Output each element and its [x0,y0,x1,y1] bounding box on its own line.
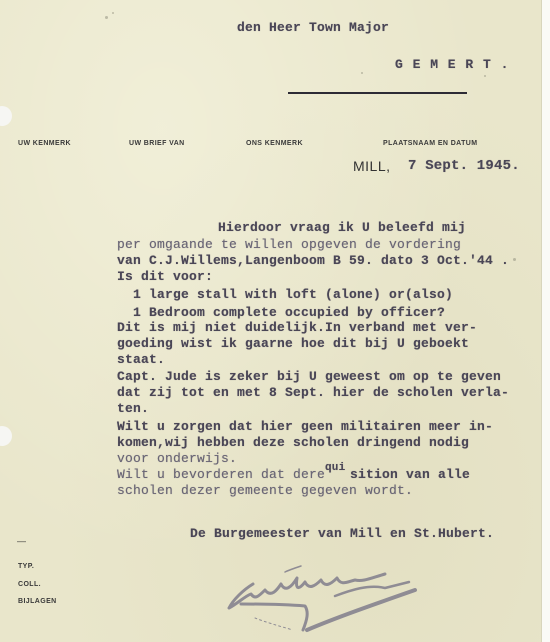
letter-page: den Heer Town Major G E M E R T . UW KEN… [0,0,542,642]
label-ons-kenmerk: ONS KENMERK [246,140,303,147]
body-line: Dit is mij niet duidelijk.In verband met… [117,320,477,335]
body-line: Wilt u bevorderen dat dere [117,467,325,482]
addressee-city: G E M E R T . [395,57,509,72]
body-line: scholen dezer gemeente gegeven wordt. [117,483,413,498]
paper-speck [361,72,363,74]
body-line: 1 Bedroom complete occupied by officer? [117,305,445,320]
signature-icon [225,560,435,635]
body-line: komen,wij hebben deze scholen dringend n… [117,435,469,450]
body-line: Hierdoor vraag ik U beleefd mij [218,220,466,235]
label-uw-brief-van: UW BRIEF VAN [129,140,185,147]
body-line: van C.J.Willems,Langenboom B 59. dato 3 … [117,253,509,268]
body-line: goeding wist ik gaarne hoe dit bij U geb… [117,336,469,351]
body-line: Is dit voor: [117,269,213,284]
paper-speck [513,258,516,261]
requisition-rest: sition van alle [350,467,470,482]
place-name: MILL, [353,158,391,174]
footer-dash: — [17,536,26,546]
label-bijlagen: BIJLAGEN [18,598,57,605]
punch-hole [0,426,12,446]
body-line: Wilt u zorgen dat hier geen militairen m… [117,419,493,434]
body-line: Capt. Jude is zeker bij U geweest om op … [117,369,501,384]
body-line: per omgaande te willen opgeven de vorder… [117,237,461,252]
label-plaatsnaam-datum: PLAATSNAAM EN DATUM [383,140,477,147]
punch-hole [0,106,12,126]
label-coll: COLL. [18,581,41,588]
paper-speck [484,75,486,77]
letter-date: 7 Sept. 1945. [408,158,520,174]
body-line: voor onderwijs. [117,451,237,466]
closing-signatory: De Burgemeester van Mill en St.Hubert. [190,526,494,541]
label-uw-kenmerk: UW KENMERK [18,140,71,147]
requisition-superscript: qui [325,462,345,474]
label-typ: TYP. [18,563,34,570]
addressee-line: den Heer Town Major [237,20,389,35]
body-line: staat. [117,352,165,367]
body-line: ten. [117,401,149,416]
paper-speck [105,16,108,19]
address-underline [288,92,467,94]
paper-speck [112,12,114,14]
body-line: dat zij tot en met 8 Sept. hier de schol… [117,385,509,400]
body-line: 1 large stall with loft (alone) or(also) [117,287,453,302]
